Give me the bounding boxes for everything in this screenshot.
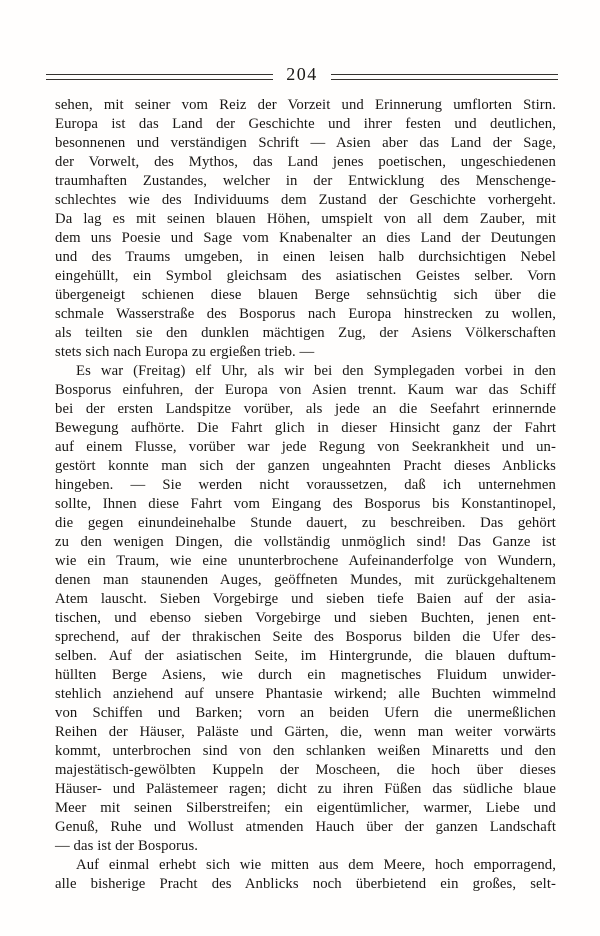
text-line: stehlich anziehend auf unsere Phantasie … (55, 685, 556, 704)
text-line: die gegen einundeinehalbe Stunde dauert,… (55, 514, 556, 533)
text-line: Es war (Freitag) elf Uhr, als wir bei de… (55, 362, 556, 381)
text-line: sprechend, auf der thrakischen Seite des… (55, 628, 556, 647)
text-line: hüllten Berge Asiens, wie durch ein magn… (55, 666, 556, 685)
text-line: — das ist der Bosporus. (55, 837, 556, 856)
text-line: von Schiffen und Barken; vorn an beiden … (55, 704, 556, 723)
text-line: Bosporus einfuhren, der Europa von Asien… (55, 381, 556, 400)
text-line: als teilten sie den dunklen mächtigen Zu… (55, 324, 556, 343)
text-line: Da lag es mit seinen blauen Höhen, umspi… (55, 210, 556, 229)
text-line: gestört konnte man sich der ganzen ungea… (55, 457, 556, 476)
text-line: stets sich nach Europa zu ergießen trieb… (55, 343, 556, 362)
text-line: Auf einmal erhebt sich wie mitten aus de… (55, 856, 556, 875)
text-line: schmale Wasserstraße des Bosporus nach E… (55, 305, 556, 324)
text-line: Häuser- und Palästemeer ragen; dicht zu … (55, 780, 556, 799)
text-line: sollte, Ihnen diese Fahrt vom Eingang de… (55, 495, 556, 514)
header-rule-right (331, 74, 558, 80)
page-number: 204 (273, 64, 331, 85)
text-line: alle bisherige Pracht des Anblicks noch … (55, 875, 556, 894)
text-line: bei der ersten Landspitze vorüber, als j… (55, 400, 556, 419)
text-line: tischen, und ebenso sieben Vorgebirge un… (55, 609, 556, 628)
text-line: majestätisch-gewölbten Kuppeln der Mosch… (55, 761, 556, 780)
text-line: schlechtes wie des Individuums dem Zusta… (55, 191, 556, 210)
text-line: Atem lauscht. Sieben Vorgebirge und sieb… (55, 590, 556, 609)
text-line: kommt, unterbrochen sind von den schlank… (55, 742, 556, 761)
text-line: denen man staunenden Auges, geöffneten M… (55, 571, 556, 590)
text-line: hingeben. — Sie werden nicht voraussetze… (55, 476, 556, 495)
page-header: 204 (46, 66, 558, 87)
text-line: besonnenen und verständigen Schrift — As… (55, 134, 556, 153)
text-line: eingehüllt, ein Symbol gleichsam des asi… (55, 267, 556, 286)
header-rule-left (46, 74, 273, 80)
text-line: sehen, mit seiner vom Reiz der Vorzeit u… (55, 96, 556, 115)
text-line: auf einem Flusse, vorüber war jede Regun… (55, 438, 556, 457)
page-text: sehen, mit seiner vom Reiz der Vorzeit u… (55, 96, 556, 894)
text-line: traumhaften Zustandes, welcher in der En… (55, 172, 556, 191)
book-page: 204 sehen, mit seiner vom Reiz der Vorze… (0, 0, 600, 936)
text-line: Meer mit seinen Silberstreifen; ein eige… (55, 799, 556, 818)
text-line: und des Traums umgeben, in einen leisen … (55, 248, 556, 267)
text-line: übergeneigt schienen diese blauen Berge … (55, 286, 556, 305)
text-line: Europa ist das Land der Geschichte und i… (55, 115, 556, 134)
text-line: der Vorwelt, des Mythos, das Land jenes … (55, 153, 556, 172)
text-line: dem uns Poesie und Sage vom Knabenalter … (55, 229, 556, 248)
text-line: Genuß, Ruhe und Wollust atmenden Hauch ü… (55, 818, 556, 837)
text-line: Reihen der Häuser, Paläste und Gärten, d… (55, 723, 556, 742)
text-line: wie ein Traum, wie eine ununterbrochene … (55, 552, 556, 571)
text-line: zu den wenigen Dingen, die vollständig u… (55, 533, 556, 552)
text-line: Bewegung aufhörte. Die Fahrt glich in di… (55, 419, 556, 438)
text-line: selben. Auf der asiatischen Seite, im Hi… (55, 647, 556, 666)
